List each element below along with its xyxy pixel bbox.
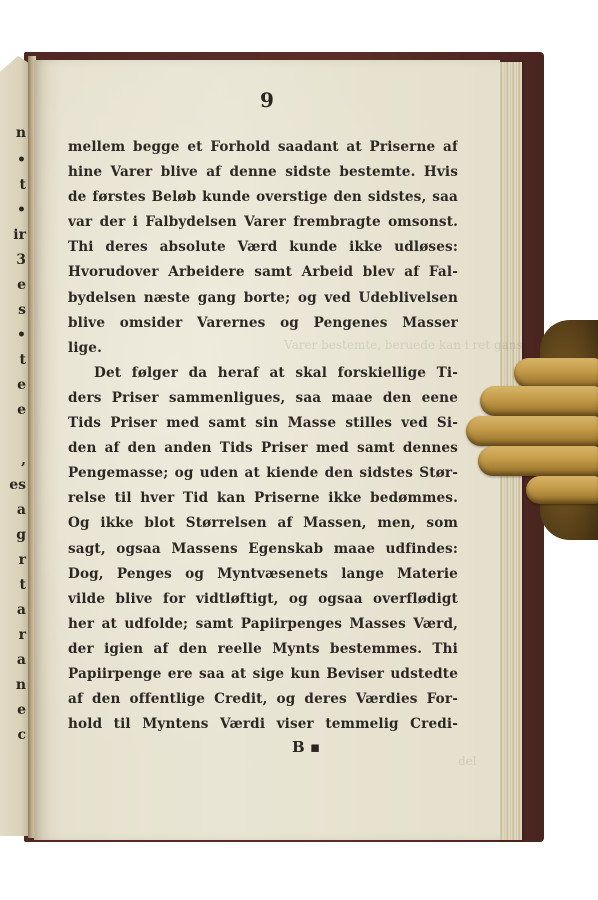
text-line: Tids Priser med samt sin Masse stilles v…: [68, 411, 458, 436]
clamp-finger: [514, 358, 598, 388]
left-page-glyph: g: [6, 528, 26, 542]
left-page-glyph: e: [6, 403, 26, 417]
left-page-glyph: •: [6, 203, 26, 217]
body-text: mellem begge et Forhold saadant at Prise…: [68, 135, 458, 737]
text-line: hine Varer blive af denne sidste bestemt…: [68, 160, 458, 185]
left-page-glyph: a: [6, 653, 26, 667]
text-line: Papiirpenge ere saa at sige kun Beviser …: [68, 662, 458, 687]
left-page-glyph: c: [6, 728, 26, 742]
left-page-glyph: ir: [6, 228, 26, 242]
text-line: de førstes Beløb kunde overstige den sid…: [68, 185, 458, 210]
text-line: af den offentlige Credit, og deres Værdi…: [68, 687, 458, 712]
left-page-glyph: t: [6, 178, 26, 192]
left-page-glyph: t: [6, 578, 26, 592]
left-page-glyph: r: [6, 553, 26, 567]
text-line: ders Priser sammenligues, saa maae den e…: [68, 386, 458, 411]
text-line: her at udfolde; samt Papiirpenges Masses…: [68, 612, 458, 637]
text-line: Og ikke blot Størrelsen af Massen, men, …: [68, 511, 458, 536]
text-line: Hvorudover Arbeidere samt Arbeid blev af…: [68, 260, 458, 285]
left-page-glyph: n: [6, 678, 26, 692]
text-line: vilde blive for vidtløftigt, og ogsaa ov…: [68, 587, 458, 612]
page-number: 9: [34, 88, 500, 112]
left-page-glyph: 3: [6, 253, 26, 267]
left-page-glyph: e: [6, 278, 26, 292]
clamp-finger: [480, 386, 598, 416]
text-line: lige.: [68, 336, 458, 361]
text-line: bydelsen næste gang borte; og ved Udebli…: [68, 286, 458, 311]
clamp-thumb: [526, 476, 598, 504]
clamp-finger: [466, 416, 598, 446]
text-line: Dog, Penges og Myntvæsenets lange Materi…: [68, 562, 458, 587]
left-page-glyph: r: [6, 628, 26, 642]
text-line: der igien af den reelle Mynts bestemmes.…: [68, 637, 458, 662]
left-page-glyph: s: [6, 303, 26, 317]
text-line: mellem begge et Forhold saadant at Prise…: [68, 135, 458, 160]
left-page-glyph: t: [6, 353, 26, 367]
signature-mark: B ▪: [292, 738, 320, 756]
left-page-glyph: n: [6, 126, 26, 140]
left-page-glyph: es: [6, 478, 26, 492]
text-line: hold til Myntens Værdi viser temmelig Cr…: [68, 712, 458, 737]
text-line: relse til hver Tid kan Priserne ikke bed…: [68, 486, 458, 511]
left-page-glyph: e: [6, 703, 26, 717]
left-page-glyph: a: [6, 503, 26, 517]
right-page: 9 Varer bestemte, beruede kan i ret gans…: [34, 60, 500, 840]
text-line: sagt, ogsaa Massens Egenskab maae udfind…: [68, 537, 458, 562]
show-through-text: del: [458, 754, 477, 768]
left-page-fragment: n • t • ir 3 e s • t e e , es a g r t a …: [0, 56, 30, 836]
text-line: Thi deres absolute Værd kunde ikke udløs…: [68, 235, 458, 260]
left-page-glyph: a: [6, 603, 26, 617]
left-page-glyph: •: [6, 153, 26, 167]
clamp-finger: [478, 446, 598, 476]
text-line: Pengemasse; og uden at kiende den sidste…: [68, 461, 458, 486]
text-line: den af den anden Tids Priser med samt de…: [68, 436, 458, 461]
brass-hand-clamp-icon: [466, 358, 598, 508]
left-page-glyph: ,: [6, 453, 26, 467]
paragraph-start-line: Det følger da heraf at skal forskiellige…: [68, 361, 458, 386]
text-line: blive omsider Varernes og Pengenes Masse…: [68, 311, 458, 336]
left-page-glyph: e: [6, 378, 26, 392]
left-page-glyph: •: [6, 328, 26, 342]
book-photograph: n • t • ir 3 e s • t e e , es a g r t a …: [0, 0, 598, 900]
text-line: var der i Falbydelsen Varer frembragte o…: [68, 210, 458, 235]
